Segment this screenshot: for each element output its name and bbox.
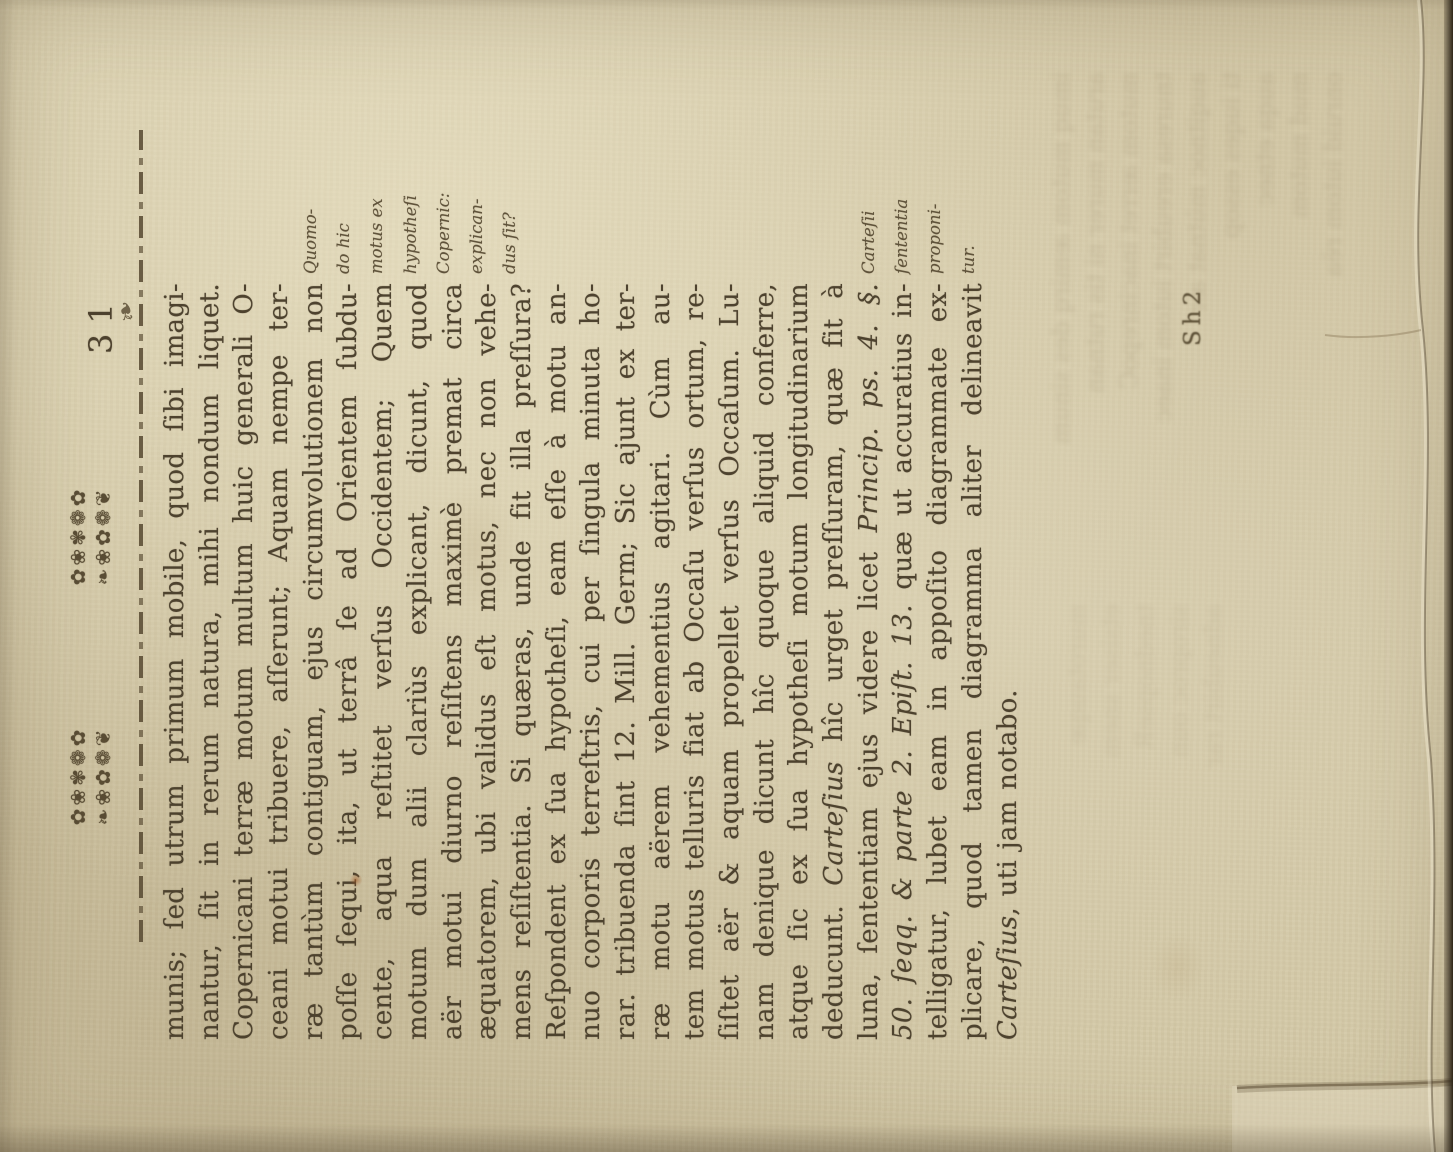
text-line-20: deducunt. Carteſius hîc urget preſſuram,… xyxy=(817,283,852,1040)
text-segment: nantur, ſit in rerum natura, mihi nondum… xyxy=(195,283,225,1040)
ornament-row: ❧❀✿❁❦ xyxy=(91,698,116,854)
text-line-19: atque ſic ex ſua hypotheſi motum longitu… xyxy=(782,283,817,1040)
scan-right-edge xyxy=(1444,0,1453,1152)
left-edge-shade xyxy=(0,0,16,1152)
text-line-3: Copernicani terræ motum multum huic gene… xyxy=(227,283,262,1040)
text-segment: Copernicani terræ motum multum huic gene… xyxy=(229,283,259,1040)
text-line-7: cente, aqua reſtitet verſus Occidentem; … xyxy=(366,283,401,1040)
text-segment: telligatur, lubet eam in appoſito diagra… xyxy=(923,283,953,1040)
rust-spot-stain xyxy=(350,873,362,887)
margin-note-line: dus ſit? xyxy=(493,154,526,274)
ornament-row: ✿❀✾❁✿ xyxy=(66,698,91,854)
text-segment: munis; ſed utrum primum mobile, quod ſib… xyxy=(160,283,190,1040)
italic-text-segment: Princip. ps. 4. §. xyxy=(854,283,884,532)
bleedthrough-line: onruid iutom rëa xyxy=(1316,72,1350,597)
foxing-stain xyxy=(1150,932,1205,1002)
bleedthrough-line: murotauqæ xyxy=(1060,604,1094,1034)
text-line-24: plicare, quod tamen diagramma aliter del… xyxy=(956,283,991,1040)
margin-note-line: Copernic: xyxy=(427,154,460,274)
text-line-14: rar. tribuenda ſint 12. Mill. Germ; Sic … xyxy=(609,283,644,1040)
text-line-2: nantur, ſit in rerum natura, mihi nondum… xyxy=(193,283,228,1040)
text-segment: ſiſtet aër & aquam propellet verſus Occa… xyxy=(715,283,745,1040)
italic-text-segment: Carteſius xyxy=(993,916,1023,1040)
text-segment: luna, ſententiam ejus videre licet xyxy=(854,532,884,1040)
italic-text-segment: 50. ſeqq. & parte 2. Epiſt. 13. xyxy=(888,604,918,1040)
text-line-17: ſiſtet aër & aquam propellet verſus Occa… xyxy=(713,283,748,1040)
bleedthrough-text-upper: imuq mutom æmirq des sinumarutan murer n… xyxy=(1044,72,1350,597)
text-segment: deducunt. xyxy=(819,886,849,1040)
margin-note-line: ſententia xyxy=(885,154,918,274)
text-line-4: ceani motui tribuere, aſſerunt; Aquam ne… xyxy=(262,283,297,1040)
margin-note-line: proponi- xyxy=(918,154,951,274)
text-line-5: ræ tantùm contiguam, ejus circumvolution… xyxy=(297,283,332,1040)
text-segment: atque ſic ex ſua hypotheſi motum longitu… xyxy=(784,283,814,1040)
bleedthrough-line: mutom ærret inacinrepoC xyxy=(1112,72,1146,597)
margin-note-line: do hic xyxy=(327,154,360,274)
margin-note-line: hypotheſi xyxy=(394,154,427,274)
bleedthrough-line: etsiser snem xyxy=(1094,604,1128,1034)
text-line-18: nam denique dicunt hîc quoque aliquid co… xyxy=(748,283,783,1040)
text-line-13: nuo corporis terreſtris, cui per ſingula… xyxy=(574,283,609,1040)
text-line-6: poſſe ſequi, ita, ut terrâ ſe ad Oriente… xyxy=(331,283,366,1040)
margin-note-line: motus ex xyxy=(360,154,393,274)
text-segment: nam denique dicunt hîc quoque aliquid co… xyxy=(750,283,780,1040)
text-line-23: telligatur, lubet eam in appoſito diagra… xyxy=(921,283,956,1040)
scanned-book-page: ✿❀✾❁✿❧❀✿❁❦ ✿❀✾❁✿❧❀✿❁❦ 31 ❧ munis; ſed ut… xyxy=(0,0,1453,1152)
text-segment: cente, aqua reſtitet verſus Occidentem; … xyxy=(368,283,398,1040)
italic-text-segment: Carteſius xyxy=(819,761,849,885)
text-segment: ræ motu aërem vehementius agitari. Cùm a… xyxy=(646,283,676,1040)
margin-note-line: explican- xyxy=(460,154,493,274)
bottom-edge-shadow xyxy=(0,1124,1453,1152)
text-segment: nuo corporis terreſtris, cui per ſingula… xyxy=(576,283,606,1040)
book-page-rotated-content: ✿❀✾❁✿❧❀✿❁❦ ✿❀✾❁✿❧❀✿❁❦ 31 ❧ munis; ſed ut… xyxy=(0,0,1453,1152)
text-segment: poſſe ſequi, ita, ut terrâ ſe ad Oriente… xyxy=(333,283,363,1040)
bleedthrough-line: ti iuqes essop xyxy=(1214,72,1248,597)
floral-headpiece-ornament-right: ✿❀✾❁✿❧❀✿❁❦ xyxy=(66,458,116,614)
ornament-row: ❧❀✿❁❦ xyxy=(91,458,116,614)
paper-blotch-stain xyxy=(430,482,520,612)
top-edge-shade xyxy=(0,0,1453,10)
text-segment: quæ ut accuratius in- xyxy=(888,283,918,604)
text-segment: tem motus telluris fiat ab Occaſu verſus… xyxy=(680,283,710,1040)
ornament-row: ✿❀✾❁✿ xyxy=(66,458,91,614)
text-segment: mens reſiſtentia. Si quæras, unde fit il… xyxy=(507,283,537,1040)
text-segment: aër motui diurno reſiſtens maximè premat… xyxy=(438,283,468,1040)
text-segment: , uti jam notabo. xyxy=(993,689,1023,915)
text-segment: Reſpondent ex ſua hypotheſi, eam eſſe à … xyxy=(542,283,572,1040)
margin-note-cartesii-sententia: Carteſiiſententiaproponi-tur. xyxy=(852,154,985,274)
text-line-25: Carteſius, uti jam notabo. xyxy=(991,283,1026,1040)
header-rule xyxy=(139,130,143,942)
floral-headpiece-ornament-left: ✿❀✾❁✿❧❀✿❁❦ xyxy=(66,698,116,854)
text-line-1: munis; ſed utrum primum mobile, quod ſib… xyxy=(158,283,193,1040)
text-line-22: 50. ſeqq. & parte 2. Epiſt. 13. quæ ut a… xyxy=(886,283,921,1040)
text-segment: motum dum alii clariùs explicant, dicunt… xyxy=(403,283,433,1040)
text-segment: plicare, quod tamen diagramma aliter del… xyxy=(958,283,988,1040)
page-number: 31 xyxy=(82,293,120,354)
text-line-10: æquatorem, ubi validus eſt motus, nec no… xyxy=(470,283,505,1040)
text-line-16: tem motus telluris fiat ab Occaſu verſus… xyxy=(678,283,713,1040)
text-line-9: aër motui diurno reſiſtens maximè premat… xyxy=(436,283,471,1040)
text-line-12: Reſpondent ex ſua hypotheſi, eam eſſe à … xyxy=(540,283,575,1040)
text-segment: æquatorem, ubi validus eſt motus, nec no… xyxy=(472,283,502,1040)
bleedthrough-line: auqitnoc mùtnat ær xyxy=(1180,72,1214,597)
margin-note-line: tur. xyxy=(952,154,985,274)
text-segment: ræ tantùm contiguam, ejus circumvolution… xyxy=(299,283,329,1040)
bleedthrough-line: tnuresa ereubirt iutom inaec xyxy=(1146,72,1180,597)
main-text-block: munis; ſed utrum primum mobile, quod ſib… xyxy=(158,283,1025,1040)
text-segment: ceani motui tribuere, aſſerunt; Aquam ne… xyxy=(264,283,294,1040)
text-segment: hîc urget preſſuram, quæ fit à xyxy=(819,283,849,761)
bleedthrough-line: auqa etnec xyxy=(1248,72,1282,597)
text-line-21: luna, ſententiam ejus videre licet Princ… xyxy=(852,283,887,1040)
bleedthrough-line: arutan murer ni tis rutnan xyxy=(1078,72,1112,597)
text-segment: rar. tribuenda ſint 12. Mill. Germ; Sic … xyxy=(611,283,641,1040)
bleedthrough-line: imuq mutom æmirq des sinum xyxy=(1044,72,1078,597)
text-line-15: ræ motu aërem vehementius agitari. Cùm a… xyxy=(644,283,679,1040)
margin-note-copernican-hypothesis: Quomo-do hicmotus exhypotheſiCopernic:ex… xyxy=(294,154,526,274)
margin-note-line: Quomo- xyxy=(294,154,327,274)
text-line-8: motum dum alii clariùs explicant, dicunt… xyxy=(401,283,436,1040)
text-line-11: mens reſiſtentia. Si quæras, unde fit il… xyxy=(505,283,540,1040)
bleedthrough-line: mud mutom xyxy=(1282,72,1316,597)
margin-note-line: Carteſii xyxy=(852,154,885,274)
